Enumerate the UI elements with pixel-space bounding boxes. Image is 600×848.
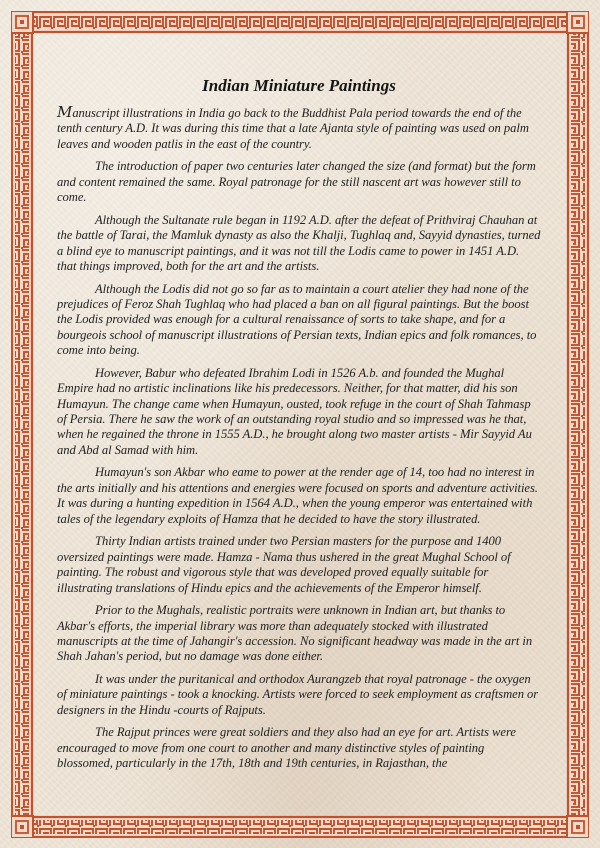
paragraph-9: It was under the puritanical and orthodo… [57, 672, 541, 718]
paragraph-10: The Rajput princes were great soldiers a… [57, 725, 541, 771]
paragraph-2: The introduction of paper two centuries … [57, 159, 541, 205]
paragraph-1-text: anuscript illustrations in India go back… [57, 106, 529, 151]
paragraph-3: Although the Sultanate rule began in 119… [57, 213, 541, 275]
paragraph-1: Manuscript illustrations in India go bac… [57, 105, 541, 152]
paragraph-8: Prior to the Mughals, realistic portrait… [57, 603, 541, 665]
page-title: Indian Miniature Paintings [57, 76, 541, 96]
paragraph-7: Thirty Indian artists trained under two … [57, 534, 541, 596]
paragraph-4: Although the Lodis did not go so far as … [57, 282, 541, 359]
paragraph-6: Humayun's son Akbar who eame to power at… [57, 465, 541, 527]
ornamental-initial: M [57, 103, 72, 121]
document-page: Indian Miniature Paintings Manuscript il… [57, 76, 541, 779]
paragraph-5: However, Babur who defeated Ibrahim Lodi… [57, 366, 541, 458]
